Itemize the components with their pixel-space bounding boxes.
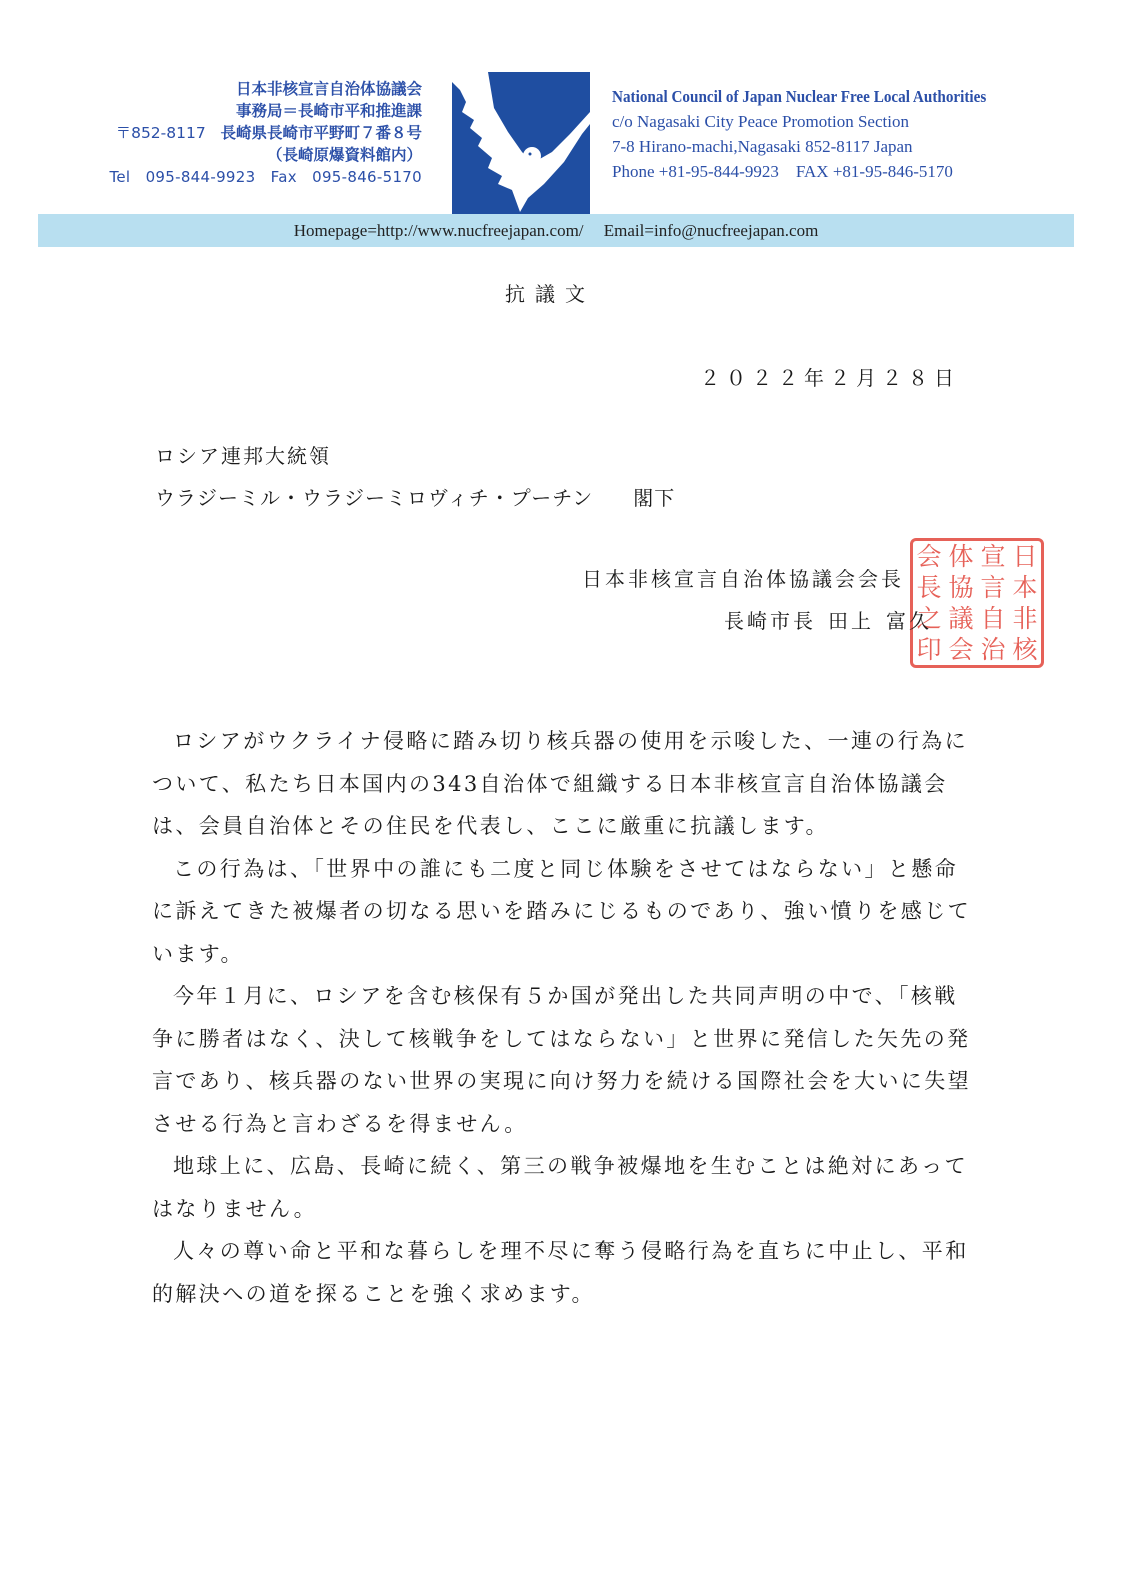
official-seal: 日 本 非 核 宣 言 自 治 体 協 議 会 会 長 之 印 <box>910 538 1044 668</box>
body-paragraph: ロシアがウクライナ侵略に踏み切り核兵器の使用を示唆した、一連の行為について、私た… <box>152 720 972 848</box>
sender-title: 長崎市長 <box>724 609 816 633</box>
addressee-line: ウラジーミル・ウラジーミロヴィチ・プーチン閣下 <box>155 482 675 511</box>
homepage-link[interactable]: Homepage=http://www.nucfreejapan.com/ <box>294 221 584 240</box>
seal-char: 議 <box>948 605 973 633</box>
body-paragraph: この行為は、「世界中の誰にも二度と同じ体験をさせてはならない」と懸命に訴えてきた… <box>152 848 972 976</box>
seal-char: 協 <box>948 574 973 602</box>
tel-label: Tel <box>109 168 130 186</box>
letterhead-en: National Council of Japan Nuclear Free L… <box>612 84 1019 184</box>
contact-line-jp: Tel 095-844-9923 Fax 095-846-5170 <box>60 166 422 188</box>
seal-char: 会 <box>948 636 973 664</box>
sender-line: 長崎市長田上富久 <box>724 605 932 634</box>
address-line-jp: 〒852-8117 長崎県長崎市平野町７番８号 <box>60 122 422 144</box>
seal-char: 本 <box>1012 574 1037 602</box>
seal-column: 会 長 之 印 <box>913 541 945 665</box>
phone-fax-en: Phone +81-95-844-9923 FAX +81-95-846-517… <box>612 159 1019 184</box>
seal-column: 日 本 非 核 <box>1009 541 1041 665</box>
dove-logo <box>452 72 590 214</box>
fax-number: 095-846-5170 <box>312 168 422 186</box>
secretariat-jp: 事務局＝長崎市平和推進課 <box>60 100 422 122</box>
seal-char: 体 <box>948 543 973 571</box>
sender-given-name: 富久 <box>886 609 932 633</box>
seal-char: 非 <box>1012 605 1037 633</box>
body-paragraph: 今年１月に、ロシアを含む核保有５か国が発出した共同声明の中で、「核戦争に勝者はな… <box>152 975 972 1145</box>
postal-code: 〒852-8117 <box>116 124 206 142</box>
seal-char: 核 <box>1012 636 1037 664</box>
seal-char: 日 <box>1012 543 1037 571</box>
body-paragraph: 人々の尊い命と平和な暮らしを理不尽に奪う侵略行為を直ちに中止し、平和的解決への道… <box>152 1230 972 1315</box>
org-name-jp: 日本非核宣言自治体協議会 <box>60 78 422 100</box>
addressee-name: ウラジーミル・ウラジーミロヴィチ・プーチン <box>155 486 593 510</box>
contact-band: Homepage=http://www.nucfreejapan.com/ Em… <box>38 214 1074 247</box>
building-jp: （長崎原爆資料館内） <box>60 144 422 166</box>
sender-surname: 田上 <box>828 609 874 633</box>
dove-icon <box>452 72 590 214</box>
letter-body: ロシアがウクライナ侵略に踏み切り核兵器の使用を示唆した、一連の行為について、私た… <box>152 720 972 1315</box>
seal-char: 宣 <box>980 543 1005 571</box>
addressee-position: ロシア連邦大統領 <box>155 440 331 469</box>
seal-column: 体 協 議 会 <box>945 541 977 665</box>
email-link[interactable]: Email=info@nucfreejapan.com <box>604 221 819 240</box>
seal-char: 治 <box>980 636 1005 664</box>
seal-column: 宣 言 自 治 <box>977 541 1009 665</box>
address-en: 7-8 Hirano-machi,Nagasaki 852-8117 Japan <box>612 134 1019 159</box>
document-title: 抗議文 <box>0 278 1100 307</box>
seal-char: 会 <box>916 543 941 571</box>
letterhead-jp: 日本非核宣言自治体協議会 事務局＝長崎市平和推進課 〒852-8117 長崎県長… <box>60 78 422 188</box>
care-of-en: c/o Nagasaki City Peace Promotion Sectio… <box>612 109 1019 134</box>
tel-number: 095-844-9923 <box>146 168 256 186</box>
seal-char: 言 <box>980 574 1005 602</box>
seal-char: 印 <box>916 636 941 664</box>
sender-position: 日本非核宣言自治体協議会会長 <box>582 563 904 592</box>
contact-band-text: Homepage=http://www.nucfreejapan.com/ Em… <box>38 214 1074 247</box>
addressee-honorific: 閣下 <box>633 486 675 510</box>
seal-char: 自 <box>980 605 1005 633</box>
address-jp: 長崎県長崎市平野町７番８号 <box>220 124 422 142</box>
org-name-en: National Council of Japan Nuclear Free L… <box>612 84 986 109</box>
document-date: ２０２２年２月２８日 <box>700 362 960 391</box>
body-paragraph: 地球上に、広島、長崎に続く、第三の戦争被爆地を生むことは絶対にあってはなりません… <box>152 1145 972 1230</box>
seal-char: 長 <box>916 574 941 602</box>
fax-label: Fax <box>271 168 297 186</box>
